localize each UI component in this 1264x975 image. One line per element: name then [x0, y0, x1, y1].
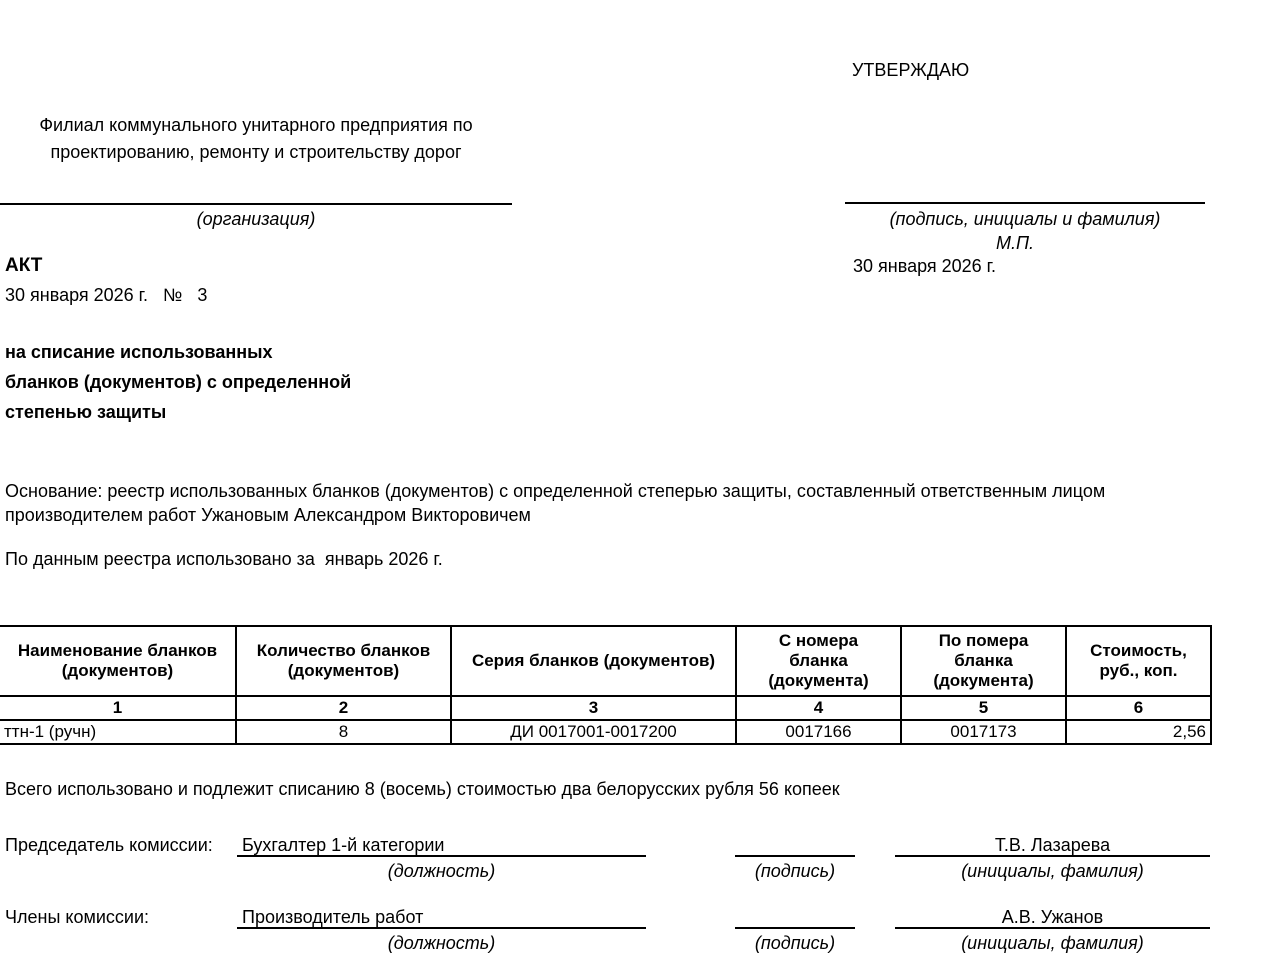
col-header-cost: Стоимость, руб., коп.: [1066, 626, 1211, 696]
seal-mark: М.П.: [845, 233, 1185, 254]
blanks-table: Наименование бланков (документов) Количе…: [0, 625, 1212, 745]
cell-blank-name: ттн-1 (ручн): [0, 720, 236, 744]
basis-paragraph: Основание: реестр использованных бланков…: [5, 479, 1215, 527]
signature-role-label: Члены комиссии:: [5, 907, 149, 928]
table-header-row: Наименование бланков (документов) Количе…: [0, 626, 1211, 696]
position-underline: [237, 855, 646, 857]
table-row: ттн-1 (ручн) 8 ДИ 0017001-0017200 001716…: [0, 720, 1211, 744]
position-caption: (должность): [237, 861, 646, 882]
signature-name: А.В. Ужанов: [895, 907, 1210, 928]
cell-quantity: 8: [236, 720, 451, 744]
document-page: УТВЕРЖДАЮ Филиал коммунального унитарног…: [0, 0, 1264, 975]
act-title: АКТ: [5, 255, 42, 277]
col-header-from-number: С номера бланка (документа): [736, 626, 901, 696]
approve-stamp: УТВЕРЖДАЮ: [852, 60, 969, 81]
name-underline: [895, 855, 1210, 857]
approve-signature-caption: (подпись, инициалы и фамилия): [845, 209, 1205, 230]
col-number: 5: [901, 696, 1066, 720]
col-number: 1: [0, 696, 236, 720]
cell-to-number: 0017173: [901, 720, 1066, 744]
name-underline: [895, 927, 1210, 929]
sign-caption: (подпись): [735, 861, 855, 882]
col-number: 2: [236, 696, 451, 720]
act-date-number: 30 января 2026 г. № 3: [5, 285, 207, 306]
organization-caption: (организация): [0, 209, 512, 230]
table-number-row: 1 2 3 4 5 6: [0, 696, 1211, 720]
organization-name: Филиал коммунального унитарного предприя…: [0, 112, 512, 166]
col-number: 4: [736, 696, 901, 720]
cell-from-number: 0017166: [736, 720, 901, 744]
name-caption: (инициалы, фамилия): [895, 933, 1210, 954]
sign-underline: [735, 855, 855, 857]
position-caption: (должность): [237, 933, 646, 954]
position-underline: [237, 927, 646, 929]
signature-role-label: Председатель комиссии:: [5, 835, 213, 856]
act-subject: на списание использованных бланков (доку…: [5, 337, 351, 427]
signature-position: Производитель работ: [242, 907, 423, 928]
col-number: 3: [451, 696, 736, 720]
approve-signature-underline: [845, 202, 1205, 204]
approve-date: 30 января 2026 г.: [853, 256, 996, 277]
col-header-quantity: Количество бланков (документов): [236, 626, 451, 696]
col-header-name: Наименование бланков (документов): [0, 626, 236, 696]
col-number: 6: [1066, 696, 1211, 720]
signature-position: Бухгалтер 1-й категории: [242, 835, 444, 856]
col-header-series: Серия бланков (документов): [451, 626, 736, 696]
cell-series: ДИ 0017001-0017200: [451, 720, 736, 744]
total-line: Всего использовано и подлежит списанию 8…: [5, 779, 840, 800]
organization-underline: [0, 203, 512, 205]
col-header-to-number: По помера бланка (документа): [901, 626, 1066, 696]
sign-underline: [735, 927, 855, 929]
sign-caption: (подпись): [735, 933, 855, 954]
name-caption: (инициалы, фамилия): [895, 861, 1210, 882]
cell-cost: 2,56: [1066, 720, 1211, 744]
registry-line: По данным реестра использовано за январь…: [5, 549, 443, 570]
signature-name: Т.В. Лазарева: [895, 835, 1210, 856]
